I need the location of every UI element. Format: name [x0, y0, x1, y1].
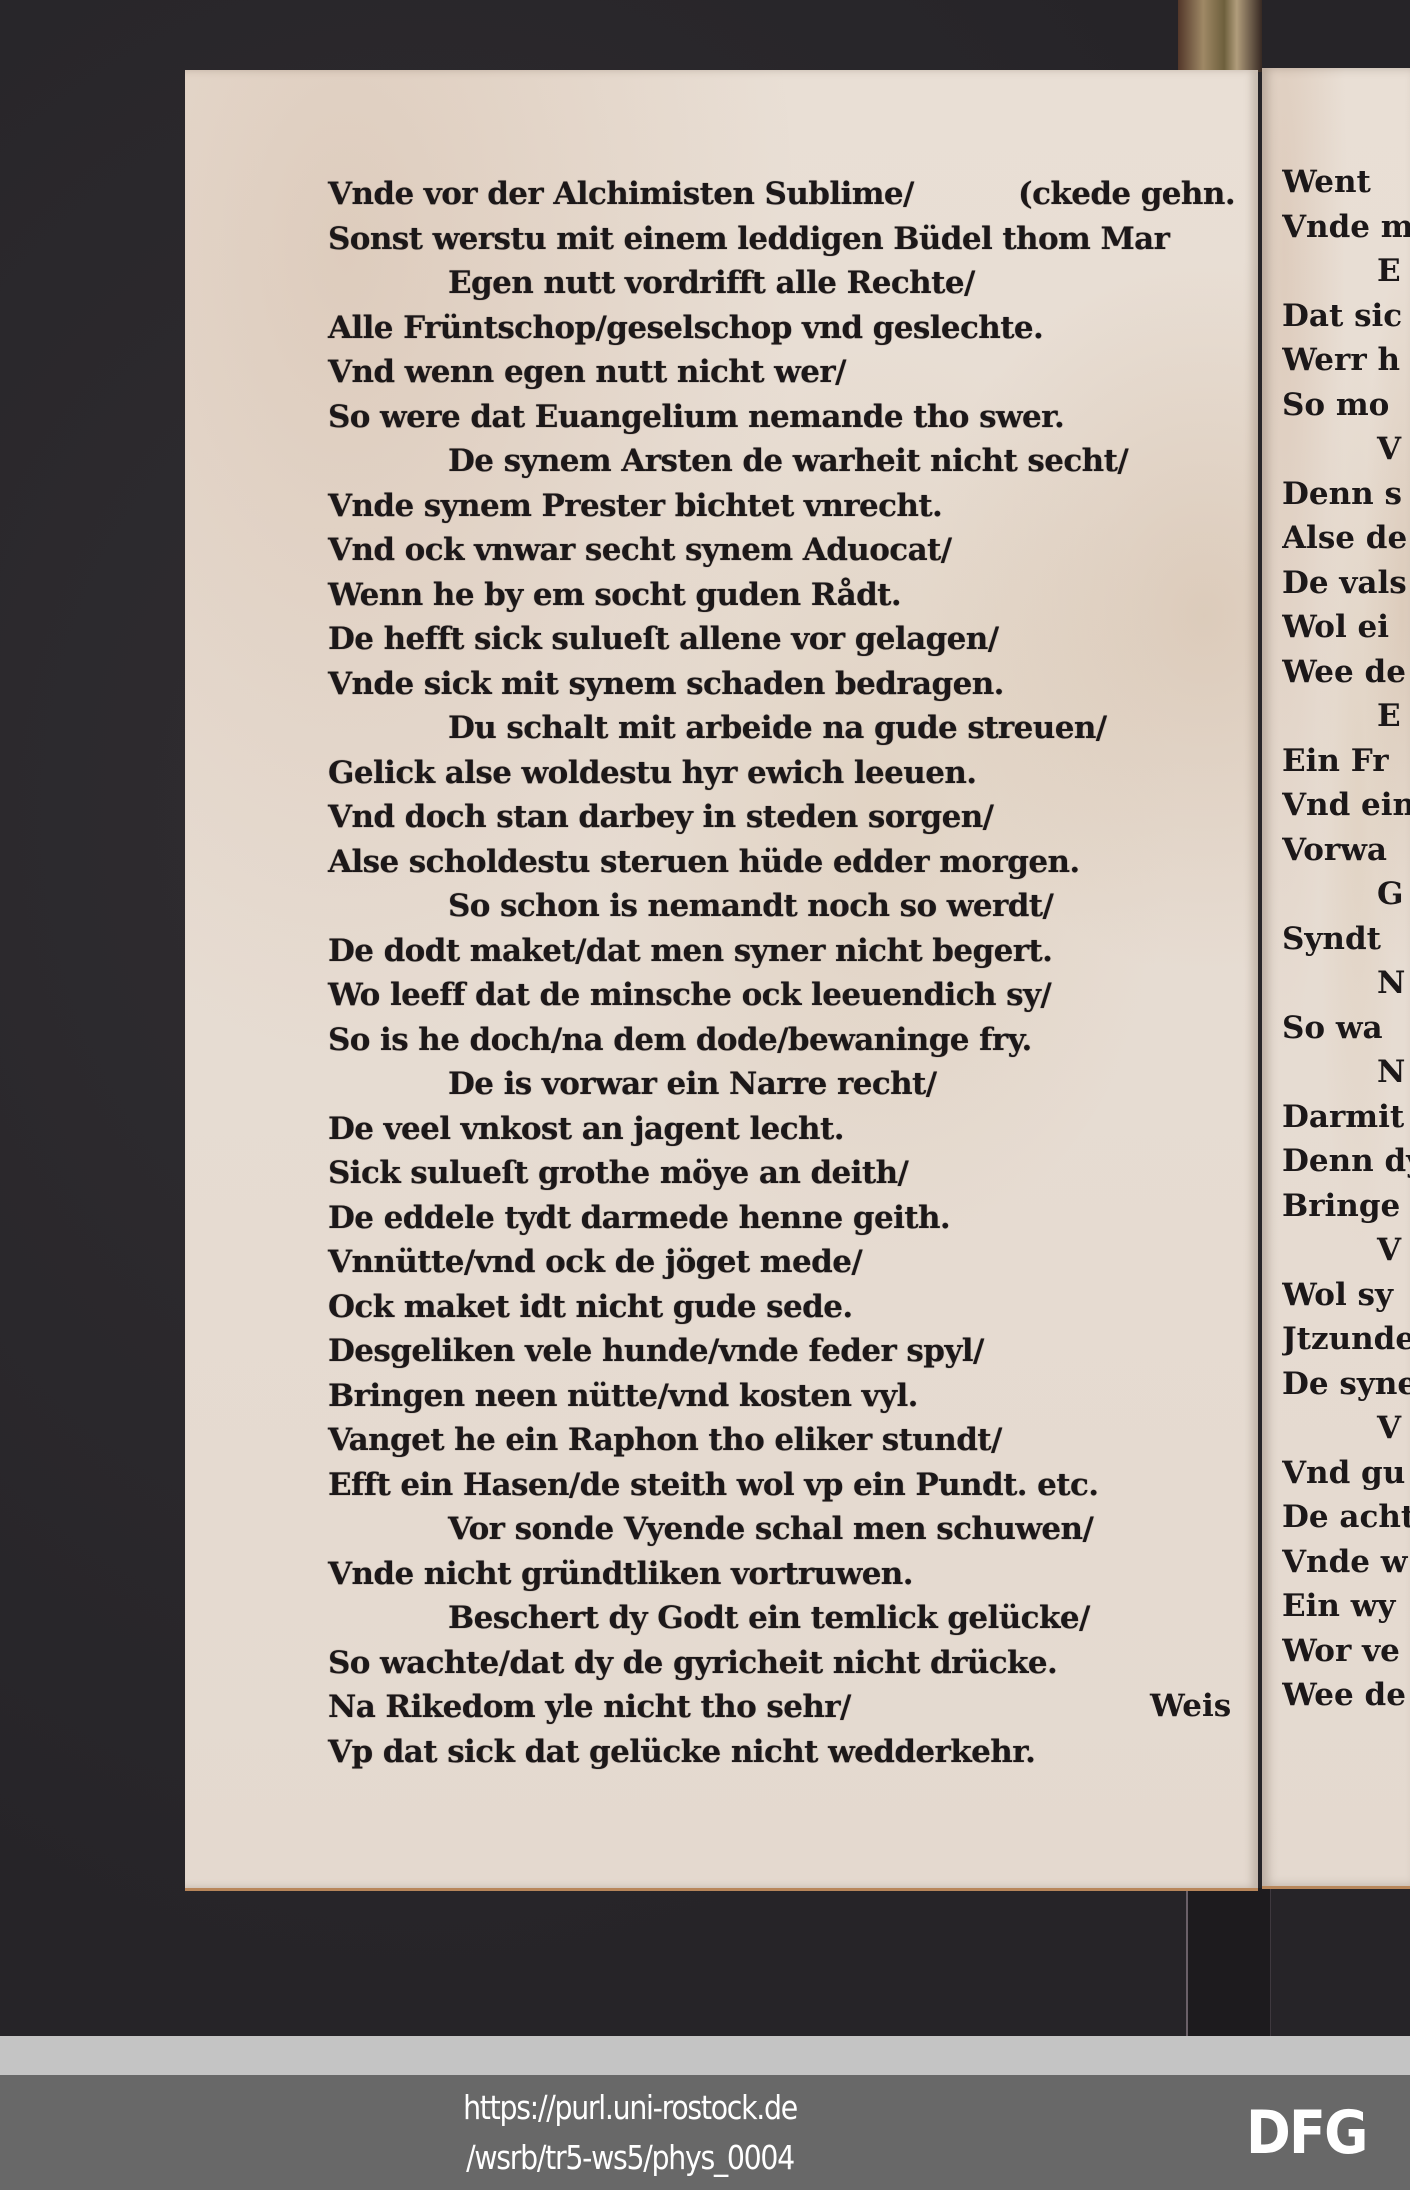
- text-line: Sonst werstu mit einem leddigen Büdel th…: [328, 217, 1248, 262]
- text-line: Werr h: [1282, 338, 1410, 383]
- text-line: Vnnütte/vnd ock de jöget mede/: [328, 1240, 1248, 1285]
- text-line: Du schalt mit arbeide na gude streuen/: [328, 706, 1248, 751]
- text-line: Gelick alse woldestu hyr ewich leeuen.: [328, 751, 1248, 796]
- viewer-separator-band: [0, 2036, 1410, 2075]
- text-line: Wee de: [1282, 1673, 1410, 1718]
- text-line: Vnd gu: [1282, 1451, 1410, 1496]
- text-line: Sick sulueſt grothe möye an deith/: [328, 1151, 1248, 1196]
- text-line: Denn dy: [1282, 1139, 1410, 1184]
- text-line: Na Rikedom yle nicht tho sehr/: [328, 1685, 1248, 1730]
- text-line: Vp dat sick dat gelücke nicht wedderkehr…: [328, 1730, 1248, 1775]
- text-line: De eddele tydt darmede henne geith.: [328, 1196, 1248, 1241]
- catchword: Weis: [1150, 1688, 1231, 1724]
- text-line: Vnd ock vnwar secht synem Aduocat/: [328, 528, 1248, 573]
- text-line: Bringe: [1282, 1184, 1410, 1229]
- permalink-line-1[interactable]: https://purl.uni-rostock.de: [415, 2083, 845, 2133]
- text-line: Vnd doch stan darbey in steden sorgen/: [328, 795, 1248, 840]
- text-line: Alle Früntschop/geselschop vnd geslechte…: [328, 306, 1248, 351]
- text-line: Desgeliken vele hunde/vnde feder spyl/: [328, 1329, 1248, 1374]
- text-line: De vals: [1282, 561, 1410, 606]
- text-line: Denn s: [1282, 472, 1410, 517]
- text-line: Wol sy: [1282, 1273, 1410, 1318]
- text-line: Wol ei: [1282, 605, 1410, 650]
- text-line: Ock maket idt nicht gude sede.: [328, 1285, 1248, 1330]
- text-line: Efft ein Hasen/de steith wol vp ein Pund…: [328, 1463, 1248, 1508]
- binding-edge-top: [1178, 0, 1262, 72]
- text-line: De syne: [1282, 1362, 1410, 1407]
- text-line: Vnde nicht gründtliken vortruwen.: [328, 1552, 1248, 1597]
- text-line: Vnde w: [1282, 1540, 1410, 1585]
- text-line: Egen nutt vordrifft alle Rechte/: [328, 261, 1248, 306]
- text-line: Vorwa: [1282, 828, 1410, 873]
- dfg-logo: DFG: [1246, 2103, 1379, 2163]
- text-line: Vanget he ein Raphon tho eliker stundt/: [328, 1418, 1248, 1463]
- text-line: V: [1282, 1406, 1410, 1451]
- text-line: Vnde synem Prester bichtet vnrecht.: [328, 484, 1248, 529]
- text-line: Jtzunde: [1282, 1317, 1410, 1362]
- text-line: So is he doch/na dem dode/bewaninge fry.: [328, 1018, 1248, 1063]
- text-line: Ein wy: [1282, 1584, 1410, 1629]
- text-line: De dodt maket/dat men syner nicht begert…: [328, 929, 1248, 974]
- permalink[interactable]: https://purl.uni-rostock.de /wsrb/tr5-ws…: [415, 2083, 845, 2183]
- text-line: So wachte/dat dy de gyricheit nicht drüc…: [328, 1641, 1248, 1686]
- text-line: N: [1282, 961, 1410, 1006]
- text-line: Syndt: [1282, 917, 1410, 962]
- text-line: E: [1282, 694, 1410, 739]
- text-line: De veel vnkost an jagent lecht.: [328, 1107, 1248, 1152]
- text-line: Wee de: [1282, 650, 1410, 695]
- text-line: Vnde m: [1282, 205, 1410, 250]
- text-line: Dat sic: [1282, 294, 1410, 339]
- text-line: E: [1282, 249, 1410, 294]
- left-page-text: Vnde vor der Alchimisten Sublime/(ckede …: [328, 172, 1248, 1774]
- text-line: Wor ve: [1282, 1629, 1410, 1674]
- text-line: G: [1282, 872, 1410, 917]
- text-line: V: [1282, 427, 1410, 472]
- turnover-line: (ckede gehn.: [1018, 172, 1235, 217]
- text-line: Vnde sick mit synem schaden bedragen.: [328, 662, 1248, 707]
- permalink-line-2[interactable]: /wsrb/tr5-ws5/phys_0004: [415, 2133, 845, 2183]
- text-line: Beschert dy Godt ein temlick gelücke/: [328, 1596, 1248, 1641]
- text-line: Vor sonde Vyende schal men schuwen/: [328, 1507, 1248, 1552]
- text-line: So schon is nemandt noch so werdt/: [328, 884, 1248, 929]
- text-line: Wo leeff dat de minsche ock leeuendich s…: [328, 973, 1248, 1018]
- text-line: N: [1282, 1050, 1410, 1095]
- text-line: Bringen neen nütte/vnd kosten vyl.: [328, 1374, 1248, 1419]
- text-line: So were dat Euangelium nemande tho swer.: [328, 395, 1248, 440]
- text-line: De acht: [1282, 1495, 1410, 1540]
- text-line: Wenn he by em socht guden Rådt.: [328, 573, 1248, 618]
- text-line: Darmit: [1282, 1095, 1410, 1140]
- text-line: Vnd wenn egen nutt nicht wer/: [328, 350, 1248, 395]
- footer-bar: https://purl.uni-rostock.de /wsrb/tr5-ws…: [0, 2075, 1410, 2190]
- right-page-text: WentVnde mEDat sicWerr hSo moVDenn sAlse…: [1282, 160, 1410, 1718]
- text-line: Went: [1282, 160, 1410, 205]
- binding-edge-bottom: [1186, 1888, 1271, 2036]
- text-line: De synem Arsten de warheit nicht secht/: [328, 439, 1248, 484]
- text-line: Vnd ein: [1282, 783, 1410, 828]
- text-line: Ein Fr: [1282, 739, 1410, 784]
- text-line: De hefft sick sulueſt allene vor gelagen…: [328, 617, 1248, 662]
- text-line: Alse de: [1282, 516, 1410, 561]
- text-line: So wa: [1282, 1006, 1410, 1051]
- text-line: De is vorwar ein Narre recht/: [328, 1062, 1248, 1107]
- text-line: V: [1282, 1228, 1410, 1273]
- text-line: So mo: [1282, 383, 1410, 428]
- text-line: Alse scholdestu steruen hüde edder morge…: [328, 840, 1248, 885]
